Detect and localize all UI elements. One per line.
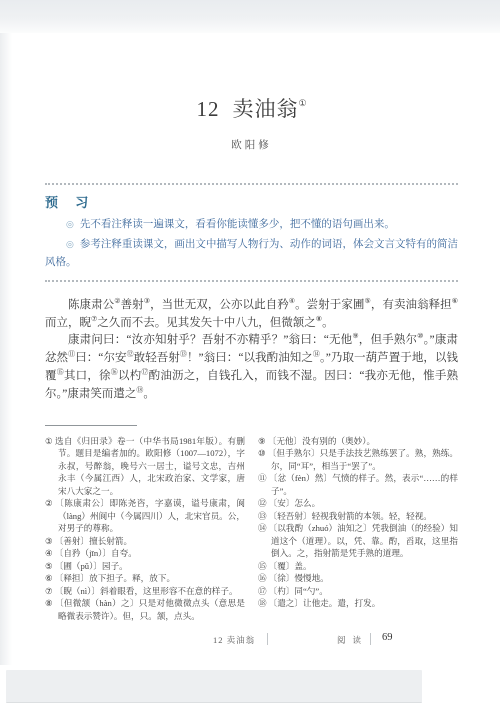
note-ref: ⑦ [91,315,97,323]
footnote-number: ② [45,498,53,508]
note-ref: ⑱ [136,386,143,394]
note-ref: ④ [289,297,295,305]
footnote-item: ⑤〔圃（pǔ）〕园子。 [45,560,245,573]
footer-section-label: 阅读 [337,634,368,646]
note-ref: ⑭ [313,350,320,358]
footnote-number: ③ [45,536,53,546]
footnote-item: ⑮〔覆〕盖。 [258,560,458,573]
footnote-item: ⑧〔但微颔（hàn）之〕只是对他微微点头（意思是略微表示赞许）。但，只。颔，点头… [45,597,245,622]
preview-section: 预 习 ◎先不看注释读一遍课文，看看你能读懂多少，把不懂的语句画出来。◎参考注释… [45,192,458,273]
note-ref: ⑥ [452,297,458,305]
preview-bullet-list: ◎先不看注释读一遍课文，看看你能读懂多少，把不懂的语句画出来。◎参考注释重读课文… [45,215,458,273]
footnote-number: ⑪ [258,473,267,483]
footnote-number: ⑰ [258,586,267,596]
title-note-ref: ① [298,98,306,108]
note-ref: ⑤ [364,297,370,305]
footnote-item: ⑱〔遣之〕让他走。遣，打发。 [258,597,458,610]
footnote-item: ②〔陈康肃公〕即陈尧咨，字嘉谟，谥号康肃，阆（làng）州阆中（今属四川）人，北… [45,497,245,535]
footnotes-section: ①选自《归田录》卷一（中华书局1981年版）。有删节。题目是编者加的。欧阳修（1… [45,435,458,623]
footnote-number: ⑯ [258,573,267,583]
footnote-number: ⑩ [258,448,266,458]
note-ref: ⑧ [316,315,322,323]
footnote-number: ⑤ [45,561,53,571]
bullet-circle-icon: ◎ [66,239,74,249]
author-name: 欧阳修 [45,137,458,152]
footnote-item: ⑨〔无他〕没有别的（奥妙）。 [258,435,458,448]
footnote-item: ⑬〔轻吾射〕轻视我射箭的本领。轻，轻视。 [258,510,458,523]
footnote-item: ⑥〔释担〕放下担子。释，放下。 [45,572,245,585]
body-paragraph: 康肃问曰：“汝亦知射乎？吾射不亦精乎？”翁曰：“无他⑨，但手熟尔⑩。”康肃忿然⑪… [45,332,458,403]
footnote-item: ①选自《归田录》卷一（中华书局1981年版）。有删节。题目是编者加的。欧阳修（1… [45,435,245,498]
note-ref: ② [114,297,120,305]
note-ref: ⑩ [417,332,423,340]
footnote-number: ⑭ [258,523,267,533]
photo-top-edge [0,0,500,33]
footnote-item: ⑫〔安〕怎么。 [258,497,458,510]
lesson-title-text: 卖油翁 [232,97,298,121]
page-content: 12卖油翁① 欧阳修 预 习 ◎先不看注释读一遍课文，看看你能读懂多少，把不懂的… [45,33,458,622]
footnote-item: ⑭〔以我酌（zhuó）油知之〕凭我倒油（的经验）知道这个（道理）。以，凭、靠。酌… [258,522,458,560]
footnote-item: ⑪〔忿（fèn）然〕气愤的样子。然，表示“……的样子”。 [258,472,458,497]
footnote-item: ⑯〔徐〕慢慢地。 [258,572,458,585]
note-ref: ⑬ [180,350,187,358]
footnote-item: ⑩〔但手熟尔〕只是手法技艺熟练罢了。熟，熟练。尔，同“耳”，相当于“罢了”。 [258,447,458,472]
page-footer: 12 卖油翁 阅读 69 [0,632,500,648]
textbook-page-photo: { "page": { "lesson_number": "12", "titl… [0,0,500,707]
preview-bullet: ◎参考注释重读课文，画出文中描写人物行为、动作的词语，体会文言文特有的简洁风格。 [45,235,458,273]
body-text: 陈康肃公②善射③，当世无双，公亦以此自矜④。尝射于家圃⑤，有卖油翁释担⑥而立，睨… [45,297,458,404]
footnote-item: ③〔善射〕擅长射箭。 [45,535,245,548]
footnote-number: ⑥ [45,573,53,583]
lesson-number: 12 [196,97,219,121]
footnotes-right: ⑨〔无他〕没有别的（奥妙）。⑩〔但手熟尔〕只是手法技艺熟练罢了。熟，熟练。尔，同… [258,435,458,623]
photo-left-edge-shadow [0,33,12,665]
preview-heading: 预 习 [45,192,458,211]
footnote-item: ⑦〔睨（nì）〕斜着眼看，这里形容不在意的样子。 [45,585,245,598]
footnote-number: ① [45,436,53,446]
footnote-number: ⑬ [258,511,267,521]
dotted-rule-top [45,183,458,185]
preview-bullet: ◎先不看注释读一遍课文，看看你能读懂多少，把不懂的语句画出来。 [45,215,458,235]
footer-divider-bar [267,633,268,645]
note-ref: ⑰ [141,368,148,376]
note-ref: ⑯ [111,368,118,376]
footer-divider-bar [370,633,371,645]
photo-bottom-area [0,667,500,707]
note-ref: ③ [144,297,150,305]
footnote-number: ⑧ [45,598,53,608]
footnote-item: ⑰〔杓〕同“勺”。 [258,585,458,598]
note-ref: ⑨ [352,332,358,340]
footnote-number: ⑱ [258,598,267,608]
footnote-number: ⑮ [258,561,267,571]
body-paragraph: 陈康肃公②善射③，当世无双，公亦以此自矜④。尝射于家圃⑤，有卖油翁释担⑥而立，睨… [45,297,458,333]
note-ref: ⑪ [68,350,75,358]
footer-lesson-label: 12 卖油翁 [213,634,255,646]
footnote-item: ④〔自矜（jīn）〕自夸。 [45,547,245,560]
note-ref: ⑫ [127,350,134,358]
page-number: 69 [382,632,393,643]
footnote-number: ④ [45,548,53,558]
footnote-number: ⑦ [45,586,53,596]
note-ref: ⑮ [57,368,64,376]
book-page-stack-edge [6,670,422,703]
bullet-circle-icon: ◎ [66,219,74,229]
footnote-number: ⑫ [258,498,267,508]
dotted-rule-bottom [45,280,458,282]
footnotes-left: ①选自《归田录》卷一（中华书局1981年版）。有删节。题目是编者加的。欧阳修（1… [45,435,245,623]
lesson-title: 12卖油翁① [45,93,458,123]
footnote-divider-rule [45,425,137,426]
footnote-number: ⑨ [258,436,266,446]
